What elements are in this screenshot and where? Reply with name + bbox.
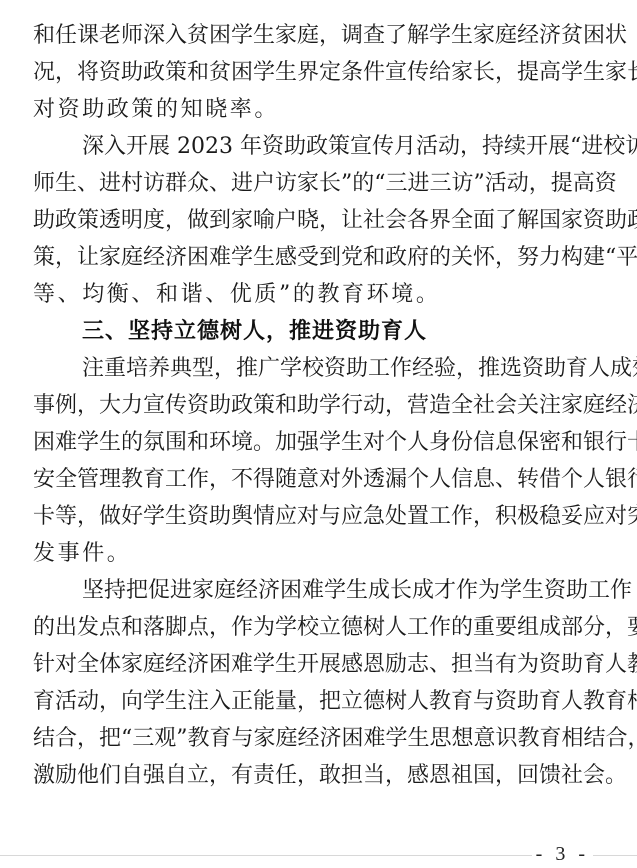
paragraph-line: 育活动，向学生注入正能量，把立德树人教育与资助育人教育相	[33, 683, 609, 720]
paragraph-line: 等、均衡、和谐、优质”的教育环境。	[33, 276, 609, 313]
paragraph-line: 安全管理教育工作，不得随意对外透漏个人信息、转借个人银行	[33, 461, 609, 498]
paragraph-line: 对资助政策的知晓率。	[33, 91, 609, 128]
paragraph-line: 激励他们自强自立，有责任，敢担当，感恩祖国，回馈社会。	[33, 757, 609, 794]
paragraph-line: 坚持把促进家庭经济困难学生成长成才作为学生资助工作	[33, 572, 609, 609]
document-page: 和任课老师深入贫困学生家庭，调查了解学生家庭经济贫困状 况，将资助政策和贫困学生…	[0, 0, 637, 868]
paragraph-line: 况，将资助政策和贫困学生界定条件宣传给家长，提高学生家长	[33, 54, 609, 91]
paragraph-line: 结合，把“三观”教育与家庭经济困难学生思想意识教育相结合，	[33, 720, 609, 757]
section-heading: 三、坚持立德树人，推进资助育人	[33, 313, 609, 350]
paragraph-line: 和任课老师深入贫困学生家庭，调查了解学生家庭经济贫困状	[33, 17, 609, 54]
paragraph-line: 助政策透明度，做到家喻户晓，让社会各界全面了解国家资助政	[33, 202, 609, 239]
paragraph-line: 深入开展 2023 年资助政策宣传月活动，持续开展“进校访	[33, 128, 609, 165]
page-number: - 3 -	[532, 842, 593, 866]
paragraph-line: 事例，大力宣传资助政策和助学行动，营造全社会关注家庭经济	[33, 387, 609, 424]
paragraph-line: 策，让家庭经济困难学生感受到党和政府的关怀，努力构建“平	[33, 239, 609, 276]
body-text: 和任课老师深入贫困学生家庭，调查了解学生家庭经济贫困状 况，将资助政策和贫困学生…	[33, 17, 609, 794]
paragraph-line: 卡等，做好学生资助舆情应对与应急处置工作，积极稳妥应对突	[33, 498, 609, 535]
paragraph-line: 针对全体家庭经济困难学生开展感恩励志、担当有为资助育人教	[33, 646, 609, 683]
paragraph-line: 困难学生的氛围和环境。加强学生对个人身份信息保密和银行卡	[33, 424, 609, 461]
paragraph-line: 师生、进村访群众、进户访家长”的“三进三访”活动，提高资	[33, 165, 609, 202]
paragraph-line: 发事件。	[33, 535, 609, 572]
paragraph-line: 注重培养典型，推广学校资助工作经验，推选资助育人成效	[33, 350, 609, 387]
paragraph-line: 的出发点和落脚点，作为学校立德树人工作的重要组成部分，要	[33, 609, 609, 646]
